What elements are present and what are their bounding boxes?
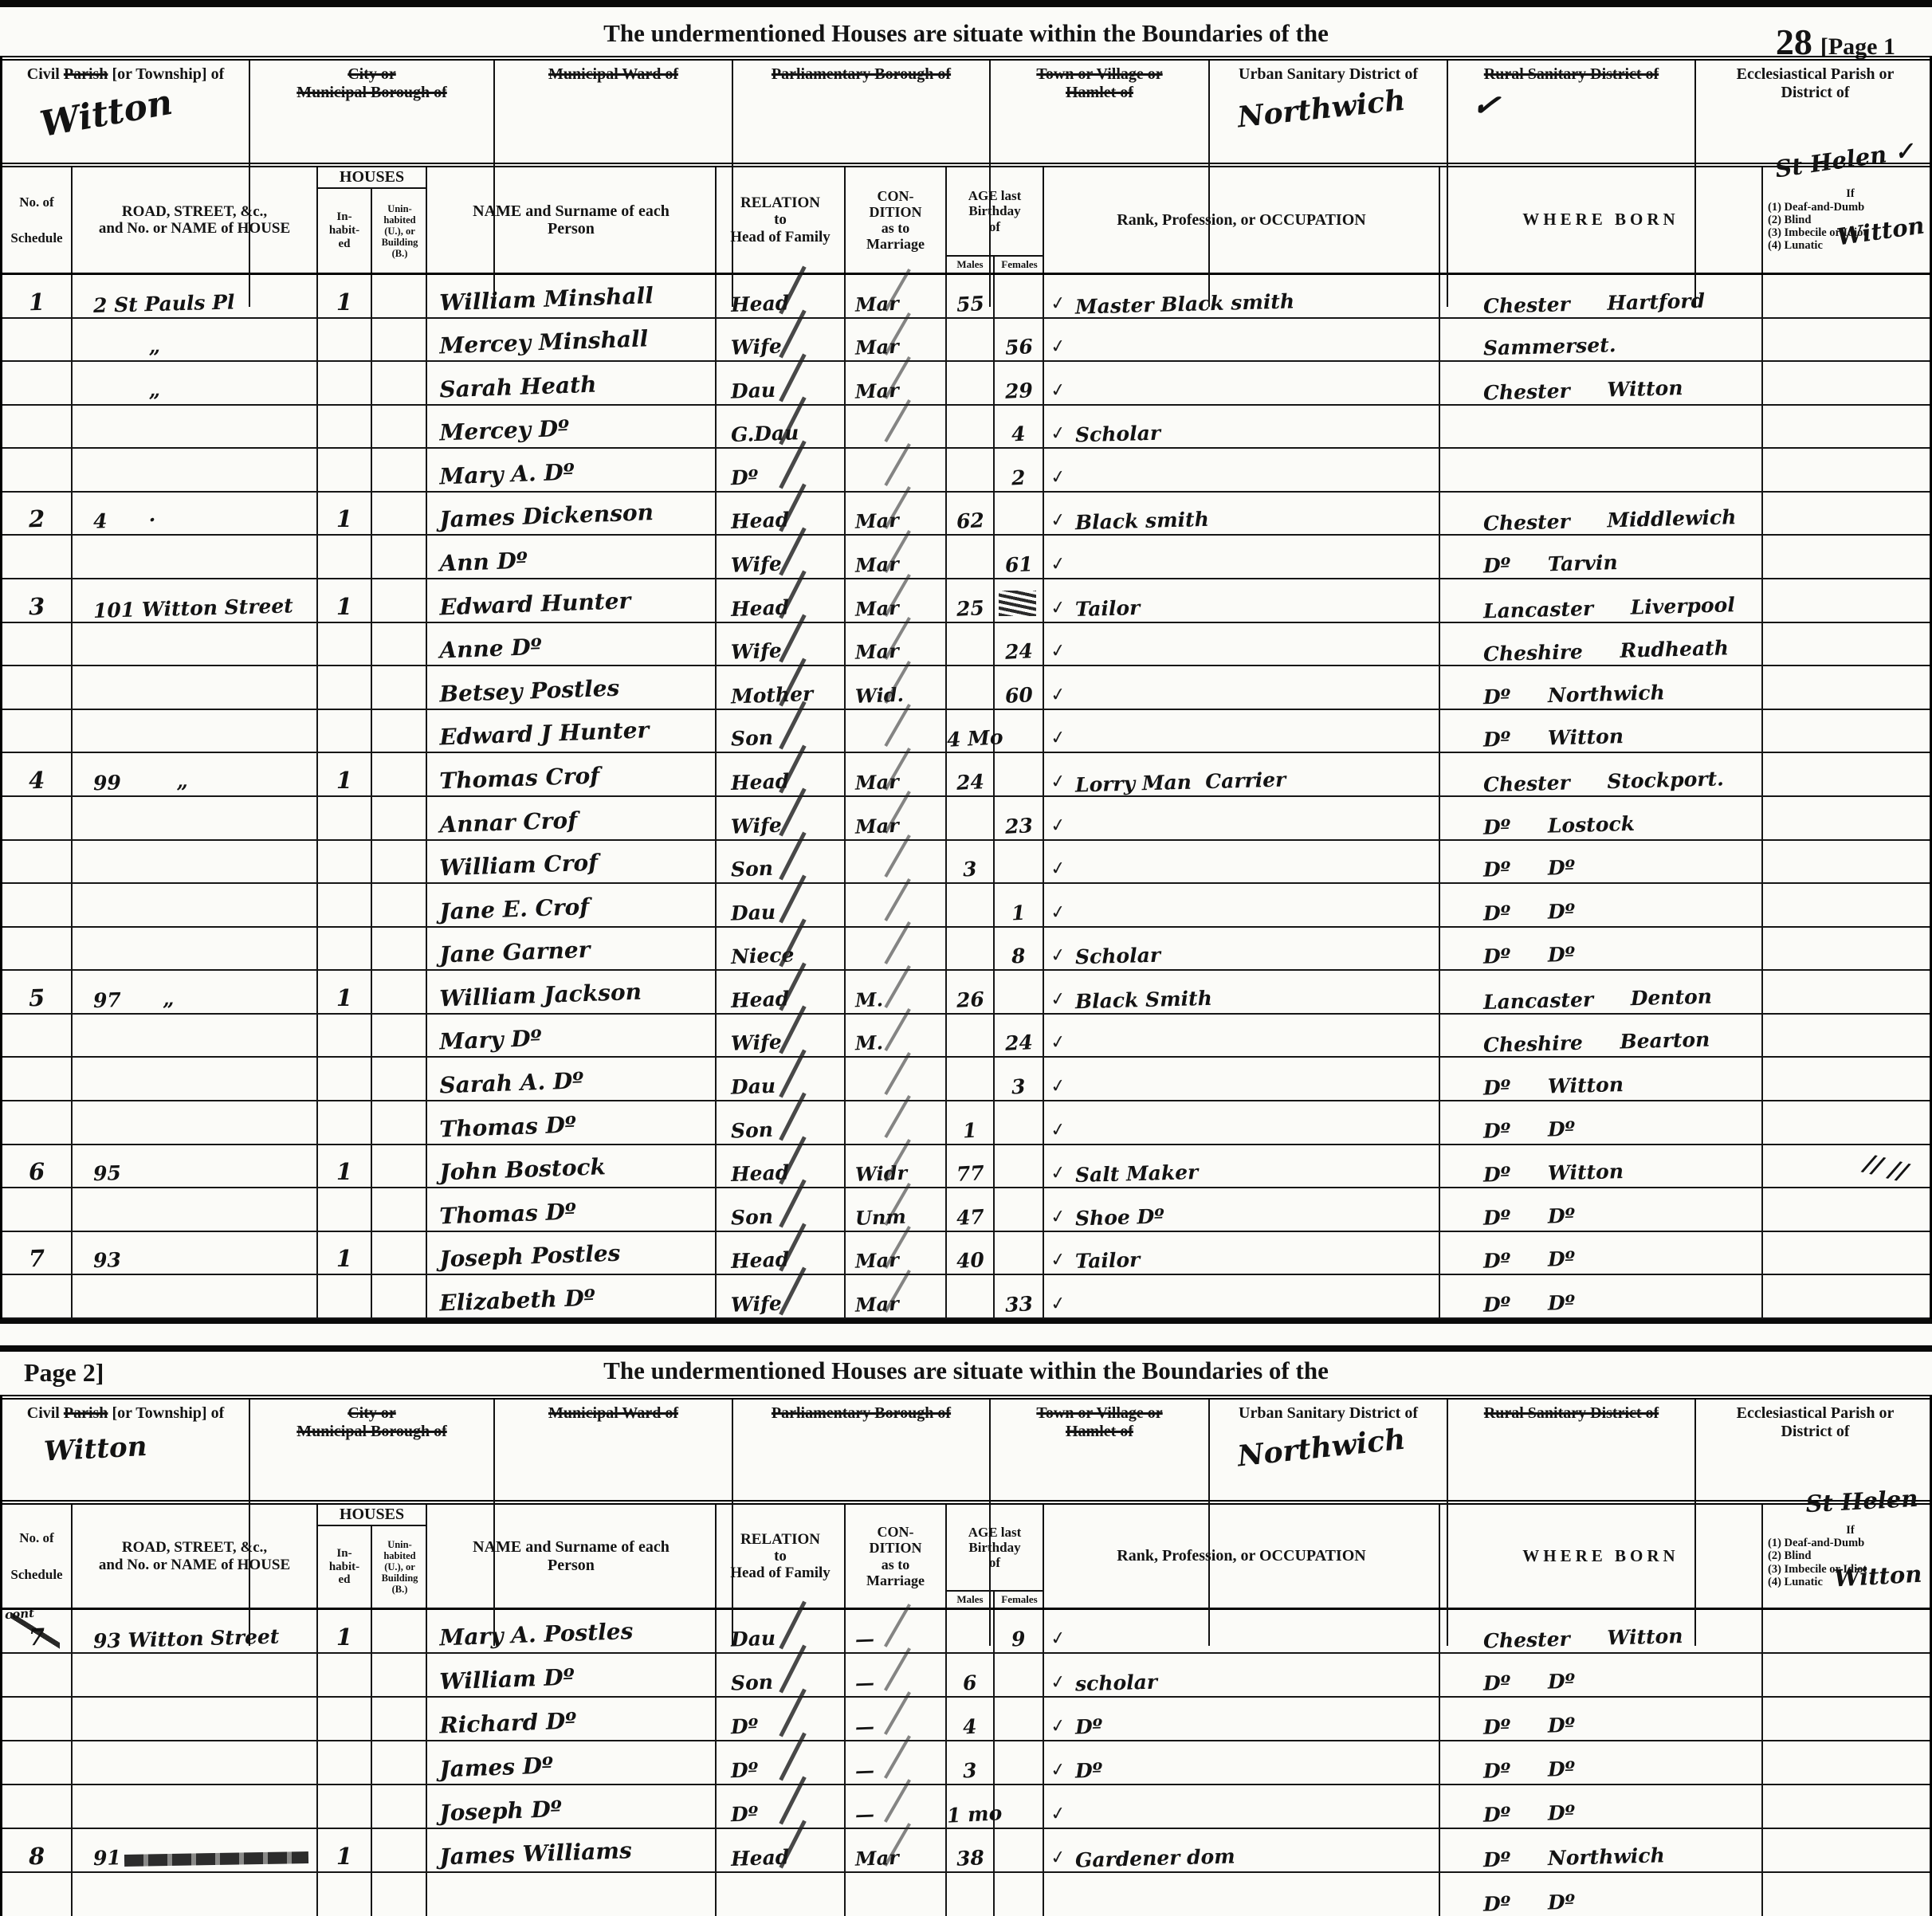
age-female-cell: 3 [995, 1058, 1044, 1101]
uninhabited-cell [372, 449, 427, 493]
name-cell-value: Joseph Dº [426, 1796, 563, 1827]
condition-cell-value: Mar [846, 508, 900, 533]
header-infirmity-l1: If [1768, 1524, 1932, 1537]
header-age-group: AGE last Birthday of Males Females [947, 1505, 1044, 1608]
road-cell [73, 1785, 318, 1829]
header-occupation-label: Rank, Profession, or OCCUPATION [1117, 211, 1365, 229]
infirmity-cell [1763, 1654, 1932, 1698]
occupation-cell: ✓ [1044, 797, 1440, 841]
header-uninhabited-l5: (B.) [392, 1584, 408, 1595]
name-cell-value: Annar Crof [426, 807, 578, 838]
tick-icon: ✓ [1049, 1118, 1067, 1141]
header-uninhabited-l4: Building [382, 237, 418, 248]
table-row: Richard DºDº—4✓DºDº Dº [2, 1698, 1930, 1741]
age-female-cell [995, 579, 1044, 623]
where-born-cell-value: Dº Dº [1440, 1714, 1576, 1740]
header-uninhabited-l2: habited [383, 1550, 415, 1561]
where-born-cell: Dº Dº [1440, 884, 1763, 928]
where-born-cell-value: Dº Northwich [1440, 1843, 1665, 1872]
age-female-cell [995, 971, 1044, 1015]
age-male-cell: 4 [947, 1698, 995, 1741]
name-cell: Joseph Dº [427, 1785, 717, 1829]
inhabited-cell [318, 1015, 372, 1058]
relation-cell-value: Niece [717, 944, 795, 969]
header-where-born: WHERE BORN [1440, 1505, 1763, 1608]
inhabited-cell: 1 [318, 753, 372, 797]
schedule-cell [2, 1873, 73, 1916]
road-cell [73, 1698, 318, 1741]
inhabited-cell-value: 1 [336, 1158, 352, 1185]
uninhabited-cell [372, 841, 427, 885]
municipal-borough-label-1: City or [253, 65, 490, 84]
name-cell-value: Elizabeth Dº [426, 1285, 595, 1317]
relation-cell-value: Dº [717, 1714, 759, 1739]
table-row: 3101 Witton Street1Edward HunterHeadMar2… [2, 579, 1930, 623]
relation-cell: Son [717, 1188, 846, 1232]
table-row: Mercey DºG.Dau4✓Scholar [2, 406, 1930, 450]
inhabited-cell [318, 1058, 372, 1101]
relation-cell-value: Wife [717, 552, 783, 578]
civil-parish-label-struck: Parish [64, 1404, 108, 1422]
road-cell [73, 710, 318, 754]
name-cell: William Minshall [427, 275, 717, 319]
header-age-l2: Birthday [947, 203, 1043, 218]
age-female-cell [995, 1654, 1044, 1698]
name-cell-value: Mary A. Postles [426, 1618, 634, 1651]
age-female-cell [995, 1101, 1044, 1145]
table-row: 24 ·1James DickensonHeadMar62✓Black smit… [2, 493, 1930, 536]
age-female-cell: 9 [995, 1610, 1044, 1654]
where-born-cell [1440, 406, 1763, 450]
schedule-cell: 3 [2, 579, 73, 623]
tick-icon: ✓ [1049, 858, 1067, 880]
relation-cell: Head [717, 971, 846, 1015]
age-female-cell [995, 841, 1044, 885]
road-cell: 93 [73, 1232, 318, 1276]
header-uninhabited-l1: Unin- [387, 203, 412, 214]
road-cell-value: 97 „ [73, 987, 175, 1012]
age-female-cell-value: 1 [1011, 901, 1027, 925]
tick-icon: ✓ [1049, 988, 1067, 1011]
tick-icon: ✓ [1049, 1031, 1067, 1054]
uninhabited-cell [372, 1101, 427, 1145]
occupation-cell: ✓Gardener dom [1044, 1829, 1440, 1873]
infirmity-cell [1763, 1829, 1932, 1873]
header-name-line2: Person [548, 1557, 595, 1574]
age-female-cell-value: 29 [1004, 379, 1033, 403]
occupation-cell: ✓ [1044, 623, 1440, 667]
tick-icon: ✓ [1049, 422, 1067, 445]
tick-icon: ✓ [1049, 509, 1067, 532]
schedule-cell: 7 [2, 1232, 73, 1276]
page2-column-headers: No. of Schedule ROAD, STREET, &c., and N… [2, 1505, 1930, 1610]
age-female-cell-value: 2 [1011, 465, 1027, 489]
where-born-cell-value: Chester Stockport. [1440, 767, 1724, 797]
table-row: Anne DºWifeMar24✓Cheshire Rudheath [2, 623, 1930, 667]
age-female-cell-value: 61 [1004, 552, 1033, 577]
condition-cell-value: Mar [846, 379, 900, 403]
tick-icon: ✓ [1049, 1627, 1067, 1650]
age-male-cell [947, 449, 995, 493]
urban-sanitary-value: Northwich [1236, 80, 1445, 135]
header-road-line2: and No. or NAME of HOUSE [99, 220, 290, 237]
name-cell: James Dº [427, 1741, 717, 1785]
age-female-cell-value: 8 [1011, 944, 1027, 968]
header-name-line1: NAME and Surname of each [473, 1538, 670, 1556]
municipal-ward-label: Municipal Ward of [498, 65, 728, 84]
inhabited-cell [318, 319, 372, 363]
where-born-cell: Chester Witton [1440, 362, 1763, 406]
occupation-cell-value: scholar [1075, 1671, 1158, 1696]
occupation-cell [1044, 1873, 1440, 1916]
road-cell-value: „ [73, 378, 161, 403]
schedule-cell [2, 623, 73, 667]
relation-cell: Dau [717, 1058, 846, 1101]
infirmity-cell [1763, 579, 1932, 623]
header-infirmity: If (1) Deaf-and-Dumb (2) Blind (3) Imbec… [1763, 167, 1932, 273]
header-schedule: No. of Schedule [2, 167, 73, 273]
table-row: cont793 Witton Street1Mary A. PostlesDau… [2, 1610, 1930, 1654]
infirmity-cell [1763, 710, 1932, 754]
road-cell: 97 „ [73, 971, 318, 1015]
schedule-cell [2, 1741, 73, 1785]
rural-sanitary-label: Rural Sanitary District of [1451, 1404, 1691, 1423]
condition-cell: Mar [846, 536, 947, 579]
header-condition-l3: as to [882, 220, 910, 236]
name-cell: Richard Dº [427, 1698, 717, 1741]
uninhabited-cell [372, 710, 427, 754]
where-born-cell-value: Dº Tarvin [1440, 551, 1618, 579]
name-cell [427, 1873, 717, 1916]
age-female-cell [995, 753, 1044, 797]
occupation-cell: ✓Dº [1044, 1741, 1440, 1785]
header-houses-group: HOUSES In- habit- ed Unin- habited (U.),… [318, 1505, 427, 1608]
header-schedule-line2: Schedule [10, 230, 62, 245]
header-schedule-line1: No. of [19, 194, 53, 210]
uninhabited-cell [372, 493, 427, 536]
where-born-cell-value: Dº Northwich [1440, 681, 1665, 709]
schedule-cell [2, 1188, 73, 1232]
header-age-males: Males [947, 1592, 995, 1608]
inhabited-cell-value: 1 [336, 505, 352, 532]
rural-sanitary-label: Rural Sanitary District of [1451, 65, 1691, 84]
where-born-cell: Chester Middlewich [1440, 493, 1763, 536]
relation-cell [717, 1873, 846, 1916]
page1-bottom-border [0, 1319, 1932, 1324]
uninhabited-cell [372, 753, 427, 797]
infirmity-cell [1763, 319, 1932, 363]
name-cell: Jane E. Crof [427, 884, 717, 928]
inhabited-cell [318, 797, 372, 841]
table-row: 7931Joseph PostlesHeadMar40✓TailorDº Dº [2, 1232, 1930, 1276]
occupation-cell: ✓Master Black smith [1044, 275, 1440, 319]
age-male-cell [947, 623, 995, 667]
page1-admin-band: Civil Parish [or Township] of Witton Cit… [2, 56, 1930, 167]
uninhabited-cell [372, 275, 427, 319]
where-born-cell-value: Dº Dº [1440, 943, 1576, 969]
header-condition-l4: Marriage [866, 236, 925, 252]
occupation-cell: ✓Dº [1044, 1698, 1440, 1741]
age-female-cell: 2 [995, 449, 1044, 493]
infirmity-cell [1763, 797, 1932, 841]
name-cell: Sarah Heath [427, 362, 717, 406]
age-male-cell [947, 1275, 995, 1319]
where-born-cell-value: Dº Witton [1440, 724, 1624, 752]
age-female-cell: 56 [995, 319, 1044, 363]
occupation-cell: ✓ [1044, 362, 1440, 406]
header-uninhabited: Unin- habited (U.), or Building (B.) [372, 1526, 427, 1608]
age-male-cell [947, 884, 995, 928]
header-age-females: Females [995, 257, 1044, 273]
inhabited-cell [318, 449, 372, 493]
age-male-cell [947, 319, 995, 363]
name-cell-value: Mary Dº [426, 1025, 542, 1055]
header-age-l3: of [947, 219, 1043, 234]
relation-cell-value: Wife [717, 1291, 783, 1317]
uninhabited-cell [372, 928, 427, 972]
schedule-cell [2, 841, 73, 885]
condition-cell-value: Mar [846, 770, 900, 795]
name-cell: William Crof [427, 841, 717, 885]
condition-cell: Mar [846, 579, 947, 623]
condition-cell: Mar [846, 362, 947, 406]
urban-sanitary-value: Northwich [1236, 1419, 1445, 1474]
municipal-ward-label: Municipal Ward of [498, 1404, 728, 1423]
uninhabited-cell [372, 1654, 427, 1698]
where-born-cell-value: Chester Middlewich [1440, 506, 1737, 537]
road-cell: „ [73, 319, 318, 363]
occupation-cell: ✓ [1044, 449, 1440, 493]
where-born-cell: Dº Northwich [1440, 1829, 1763, 1873]
header-schedule-line1: No. of [19, 1530, 53, 1545]
header-uninhabited-l3: (U.), or [384, 226, 415, 237]
where-born-cell: Chester Witton [1440, 1610, 1763, 1654]
header-infirmity-l3: (2) Blind [1768, 1549, 1811, 1562]
relation-cell-value: Head [717, 1161, 790, 1187]
age-female-cell: 29 [995, 362, 1044, 406]
road-cell [73, 536, 318, 579]
road-cell-value: 95 [73, 1161, 122, 1186]
relation-cell-value: Head [717, 1845, 790, 1871]
ink-scribble [999, 591, 1036, 617]
age-male-cell-value: 4 [963, 1715, 978, 1739]
relation-cell-value: Dº [717, 1758, 759, 1783]
condition-cell: — [846, 1741, 947, 1785]
age-female-cell: 60 [995, 666, 1044, 710]
condition-cell: Mar [846, 1275, 947, 1319]
header-houses: HOUSES [318, 167, 426, 189]
table-row: Jane GarnerNiece8✓ScholarDº Dº [2, 928, 1930, 972]
where-born-cell-value: Dº Dº [1440, 856, 1576, 882]
condition-cell-value: M. [846, 987, 884, 1012]
name-cell-value: Sarah A. Dº [426, 1067, 584, 1099]
schedule-cell [2, 884, 73, 928]
inhabited-cell [318, 1741, 372, 1785]
occupation-cell: ✓Shoe Dº [1044, 1188, 1440, 1232]
inhabited-cell [318, 928, 372, 972]
where-born-cell-value: Dº Dº [1440, 899, 1576, 925]
name-cell: Mary Dº [427, 1015, 717, 1058]
tick-icon: ✓ [1049, 1759, 1067, 1781]
road-cell [73, 666, 318, 710]
relation-cell: Son [717, 1654, 846, 1698]
civil-parish-label: Civil Parish [or Township] of [6, 1404, 245, 1423]
schedule-cell [2, 449, 73, 493]
relation-cell-value: Dau [717, 1627, 776, 1652]
inhabited-cell [318, 1101, 372, 1145]
header-age-females: Females [995, 1592, 1044, 1608]
schedule-cell [2, 928, 73, 972]
road-cell: 4 · [73, 493, 318, 536]
relation-cell-value: Son [717, 726, 774, 751]
where-born-cell-value: Dº Dº [1440, 1801, 1576, 1828]
condition-cell [846, 710, 947, 754]
where-born-cell: Dº Dº [1440, 1698, 1763, 1741]
where-born-cell: Sammerset. [1440, 319, 1763, 363]
name-cell-value: Anne Dº [426, 634, 542, 664]
header-age-l1: AGE last [947, 1525, 1043, 1540]
inhabited-cell-value: 1 [336, 593, 352, 620]
schedule-cell [2, 536, 73, 579]
table-row: James DºDº—3✓DºDº Dº [2, 1741, 1930, 1785]
page1-rows: 12 St Pauls Pl1William MinshallHeadMar55… [2, 275, 1930, 1319]
name-cell-value: Joseph Postles [426, 1240, 621, 1273]
header-condition: CON- DITION as to Marriage [846, 167, 947, 273]
occupation-cell-value: Scholar [1075, 422, 1161, 447]
name-cell: Annar Crof [427, 797, 717, 841]
table-row: William CrofSon3✓Dº Dº [2, 841, 1930, 885]
road-cell [73, 623, 318, 667]
schedule-cell [2, 362, 73, 406]
condition-cell: Mar [846, 1232, 947, 1276]
header-road: ROAD, STREET, &c., and No. or NAME of HO… [73, 167, 318, 273]
age-male-cell [947, 1058, 995, 1101]
age-male-cell [947, 1873, 995, 1916]
road-cell [73, 406, 318, 450]
occupation-cell: ✓Tailor [1044, 1232, 1440, 1276]
inhabited-cell: 1 [318, 971, 372, 1015]
header-age-l1: AGE last [947, 188, 1043, 203]
road-cell [73, 1015, 318, 1058]
name-cell: James Williams [427, 1829, 717, 1873]
condition-cell: Unm [846, 1188, 947, 1232]
schedule-cell-value: 3 [28, 592, 45, 620]
relation-cell: Dº [717, 1741, 846, 1785]
relation-cell: Wife [717, 797, 846, 841]
tick-icon: ✓ [1049, 1206, 1067, 1228]
age-male-cell: 26 [947, 971, 995, 1015]
schedule-cell [2, 1654, 73, 1698]
where-born-cell-value: Dº Dº [1440, 1247, 1576, 1274]
road-cell-value: 93 Witton Street [73, 1625, 280, 1654]
table-row: Thomas DºSon1✓Dº Dº [2, 1101, 1930, 1145]
page1-column-headers: No. of Schedule ROAD, STREET, &c., and N… [2, 167, 1930, 275]
road-cell [73, 1741, 318, 1785]
age-female-cell [995, 493, 1044, 536]
inhabited-cell [318, 1654, 372, 1698]
age-male-cell [947, 1015, 995, 1058]
condition-cell: Mar [846, 753, 947, 797]
where-born-cell-value: Dº Lostock [1440, 811, 1636, 839]
age-male-cell: 38 [947, 1829, 995, 1873]
inhabited-cell [318, 841, 372, 885]
header-condition-l2: DITION [869, 1540, 921, 1556]
where-born-cell: Chester Hartford [1440, 275, 1763, 319]
infirmity-cell [1763, 449, 1932, 493]
where-born-cell-value: Dº Dº [1440, 1757, 1576, 1784]
where-born-cell: Dº Dº [1440, 1654, 1763, 1698]
header-inhabited-l2: habit- [329, 1561, 359, 1574]
civil-parish-label-pre: Civil [27, 65, 64, 83]
age-male-cell-value: 62 [956, 509, 984, 534]
name-cell-value: James Dº [426, 1752, 554, 1783]
town-village-label-2: Hamlet of [994, 1423, 1205, 1441]
table-row: William DºSon—6✓scholarDº Dº [2, 1654, 1930, 1698]
where-born-cell-value: Cheshire Bearton [1440, 1028, 1710, 1058]
age-male-cell-value: 47 [956, 1205, 984, 1230]
occupation-cell: ✓ [1044, 1101, 1440, 1145]
relation-cell-value: Head [717, 291, 790, 316]
schedule-cell [2, 710, 73, 754]
name-cell: Jane Garner [427, 928, 717, 972]
name-cell-value: William Minshall [426, 282, 654, 316]
uninhabited-cell [372, 406, 427, 450]
header-infirmity-l4: (3) Imbecile or Idiot [1768, 226, 1867, 239]
uninhabited-cell [372, 1873, 427, 1916]
parliamentary-borough-label: Parliamentary Borough of [736, 65, 986, 84]
relation-cell-value: Son [717, 1671, 774, 1695]
uninhabited-cell [372, 797, 427, 841]
table-row: „Sarah HeathDauMar29✓Chester Witton [2, 362, 1930, 406]
name-cell: Thomas Dº [427, 1188, 717, 1232]
road-cell-value: 91 [73, 1846, 122, 1871]
road-cell-value: 2 St Pauls Pl [73, 290, 235, 317]
age-female-cell-value: 33 [1004, 1292, 1033, 1317]
parliamentary-borough-label: Parliamentary Borough of [736, 1404, 986, 1423]
age-male-cell: 47 [947, 1188, 995, 1232]
relation-cell-value: G.Dau [717, 422, 799, 448]
occupation-cell: ✓Tailor [1044, 579, 1440, 623]
infirmity-cell [1763, 1610, 1932, 1654]
occupation-cell: ✓scholar [1044, 1654, 1440, 1698]
condition-cell [846, 1058, 947, 1101]
age-female-cell-value: 24 [1004, 639, 1033, 664]
condition-cell-value: Unm [846, 1204, 907, 1230]
where-born-cell-value: Lancaster Liverpool [1440, 593, 1735, 624]
table-row: 499 „1Thomas CrofHeadMar24✓Lorry Man Car… [2, 753, 1930, 797]
tick-icon: ✓ [1049, 901, 1067, 923]
age-female-cell [995, 1188, 1044, 1232]
uninhabited-cell [372, 536, 427, 579]
age-female-cell: 24 [995, 1015, 1044, 1058]
header-name-line2: Person [548, 220, 595, 238]
header-relation-l3: Head of Family [730, 1565, 831, 1581]
tick-icon: ✓ [1049, 814, 1067, 836]
inhabited-cell: 1 [318, 1232, 372, 1276]
header-inhabited-l3: ed [339, 238, 351, 251]
age-female-cell [995, 1829, 1044, 1873]
name-cell-value: Thomas Crof [426, 762, 600, 795]
tick-icon: ✓ [1049, 466, 1067, 489]
header-infirmity-l3: (2) Blind [1768, 214, 1811, 226]
where-born-cell: Dº Dº [1440, 1232, 1763, 1276]
condition-cell-value: Mar [846, 335, 900, 359]
header-relation: RELATION to Head of Family [717, 167, 846, 273]
schedule-cell-value: 6 [28, 1158, 45, 1186]
occupation-cell: ✓ [1044, 536, 1440, 579]
uninhabited-cell [372, 1232, 427, 1276]
age-male-cell-value: 38 [956, 1846, 984, 1871]
